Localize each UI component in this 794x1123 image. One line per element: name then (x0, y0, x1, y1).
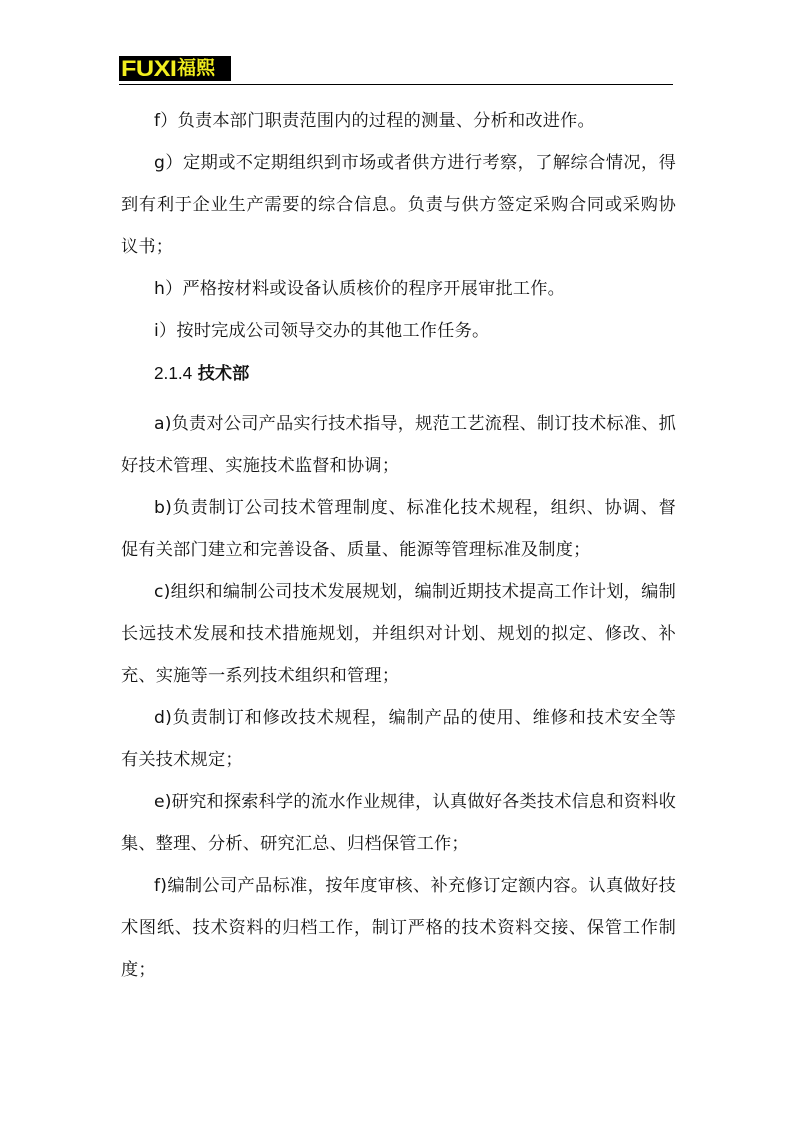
paragraph-e-research: e)研究和探索科学的流水作业规律，认真做好各类技术信息和资料收集、整理、分析、研… (121, 781, 676, 865)
page-header: FUXI 福熙 (119, 56, 673, 86)
section-title: 技术部 (198, 364, 250, 384)
document-body: f）负责本部门职责范围内的过程的测量、分析和改进作。 g）定期或不定期组织到市场… (121, 100, 676, 991)
paragraph-f-measurement: f）负责本部门职责范围内的过程的测量、分析和改进作。 (121, 100, 676, 142)
section-spacer (121, 395, 676, 403)
paragraph-f-product-standards: f)编制公司产品标准，按年度审核、补充修订定额内容。认真做好技术图纸、技术资料的… (121, 865, 676, 991)
company-logo: FUXI 福熙 (119, 56, 231, 81)
logo-latin-text: FUXI (121, 56, 176, 81)
section-heading: 2.1.4 技术部 (121, 352, 676, 395)
paragraph-a-tech-guidance: a)负责对公司产品实行技术指导，规范工艺流程、制订技术标准、抓好技术管理、实施技… (121, 403, 676, 487)
paragraph-b-tech-rules: b)负责制订公司技术管理制度、标准化技术规程，组织、协调、督促有关部门建立和完善… (121, 487, 676, 571)
section-number: 2.1.4 (154, 363, 192, 383)
paragraph-g-supplier-inspection: g）定期或不定期组织到市场或者供方进行考察，了解综合情况，得到有利于企业生产需要… (121, 142, 676, 268)
paragraph-i-other-tasks: i）按时完成公司领导交办的其他工作任务。 (121, 310, 676, 352)
paragraph-c-tech-planning: c)组织和编制公司技术发展规划，编制近期技术提高工作计划，编制长远技术发展和技术… (121, 571, 676, 697)
logo-cjk-text: 福熙 (177, 56, 215, 81)
header-divider (119, 84, 673, 85)
paragraph-d-tech-regulations: d)负责制订和修改技术规程，编制产品的使用、维修和技术安全等有关技术规定； (121, 697, 676, 781)
paragraph-h-approval: h）严格按材料或设备认质核价的程序开展审批工作。 (121, 268, 676, 310)
